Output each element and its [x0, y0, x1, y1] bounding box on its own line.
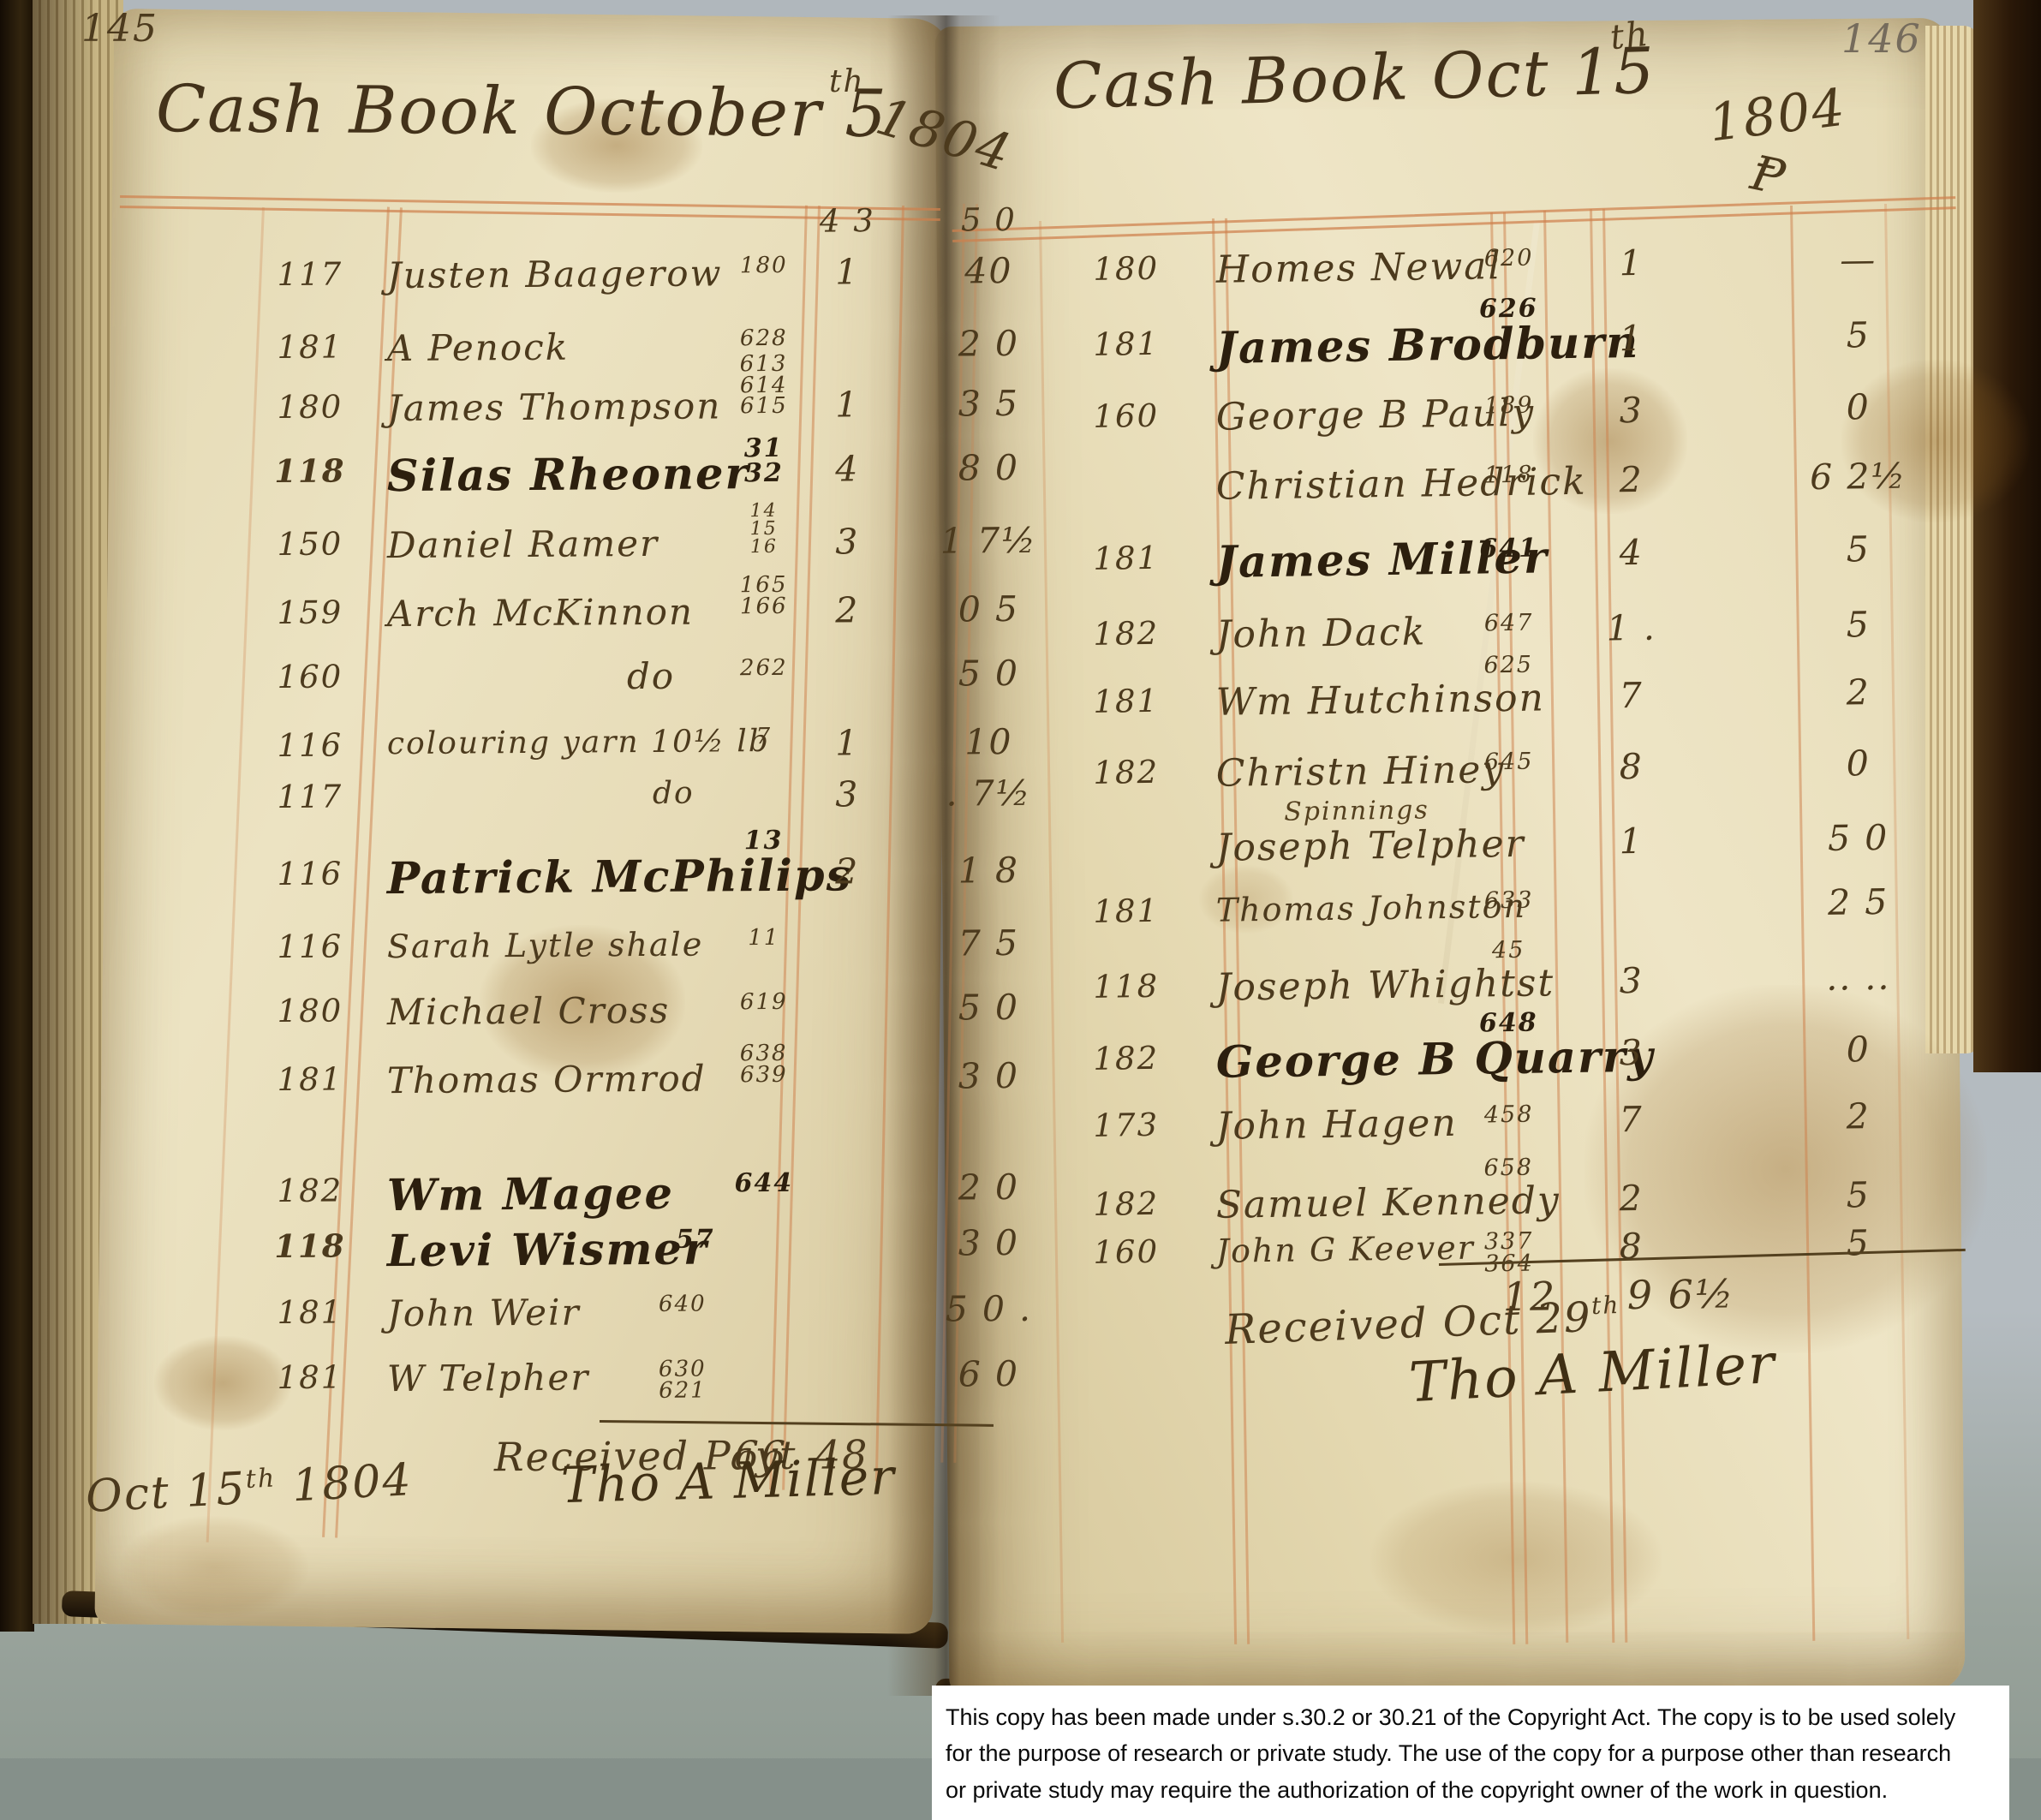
ledger-row: 150 Daniel Ramer 14 15 16 3 1 7½ [104, 524, 942, 594]
folio-number: 118 [1465, 463, 1551, 486]
folio-number: 633 [1465, 889, 1551, 912]
account-ref: 117 [246, 258, 374, 290]
account-ref: 182 [246, 1174, 374, 1207]
page-number-left: 145 [81, 10, 158, 48]
folio-number: 613 614 615 [720, 354, 807, 418]
account-name: Samuel Kennedy [1216, 1182, 1561, 1225]
amount-col1: 7 [1579, 1101, 1683, 1138]
amount-col2: 6 0 [897, 1356, 1081, 1393]
amount-col1: 1 [1579, 320, 1683, 357]
right-title-superscript: th [1608, 17, 1651, 56]
account-name: Joseph Telpher [1216, 826, 1525, 868]
account-name: do [627, 659, 675, 695]
account-ref: 180 [246, 994, 374, 1027]
amount-col2: 0 [1755, 745, 1961, 783]
received-superscript: th [1590, 1291, 1620, 1320]
folio-number: 658 [1465, 1156, 1551, 1179]
account-ref: 182 [1062, 617, 1191, 650]
account-ref: 160 [246, 660, 374, 693]
amount-col2: 6 2½ [1755, 458, 1961, 496]
photographed-cash-book-scan: 145 146 Cash Book October 5 th 1804 4 3 … [0, 0, 2041, 1820]
account-name: Michael Cross [387, 993, 671, 1030]
account-ref: 117 [246, 780, 374, 813]
ledger-row: 180 James Thompson 613 614 615 1 3 5 [104, 387, 942, 456]
amount-col1: 1 . [1579, 610, 1683, 647]
account-name: Sarah Lytle shale [387, 928, 704, 964]
ledger-row: 159 Arch McKinnon 165 166 2 0 5 [104, 593, 942, 662]
account-ref: 180 [246, 391, 374, 423]
account-ref: 181 [246, 1296, 374, 1328]
folio-number: 641 [1465, 536, 1551, 562]
page-number-right: 146 [1841, 19, 1922, 58]
account-name: Patrick McPhilips [387, 854, 853, 901]
folio-number: 458 [1465, 1103, 1551, 1126]
amount-col1 [803, 657, 892, 658]
amount-col2: 2 [1755, 674, 1961, 712]
folio-number: 638 639 [721, 1043, 807, 1086]
account-ref: 182 [1062, 1041, 1191, 1075]
account-ref: 182 [1062, 1187, 1191, 1220]
account-ref: 150 [246, 528, 374, 560]
account-name: Joseph Whightst [1216, 964, 1555, 1007]
folio-number: 165 166 [721, 575, 807, 618]
account-ref: 118 [246, 1230, 374, 1262]
folio-number: 45 [1465, 939, 1551, 962]
account-name: Wm Magee [387, 1173, 674, 1218]
account-name: colouring yarn 10½ lb [387, 726, 770, 760]
account-ref: 181 [1062, 327, 1191, 361]
folio-number: 645 [1465, 750, 1551, 773]
page-stain [120, 1516, 308, 1619]
amount-col1 [803, 1059, 892, 1060]
amount-col1: 3 [1579, 963, 1683, 1000]
amount-col1: 1 [1579, 823, 1683, 860]
ledger-row: 116 Sarah Lytle shale 11 7 5 [104, 927, 942, 996]
folio-number: 180 [721, 255, 807, 277]
amount-col2: 5 [1755, 606, 1961, 644]
folio-number: 13 [721, 829, 807, 854]
amount-col2: — [1755, 242, 1961, 279]
amount-col2: 0 [1755, 1031, 1961, 1069]
amount-col2: 5 [1755, 531, 1961, 569]
left-page-title: Cash Book October 5 [156, 76, 888, 146]
account-name: Arch McKinnon [387, 594, 694, 632]
right-title-year: 1804 [1706, 81, 1849, 149]
amount-col1: 3 [803, 777, 892, 813]
amount-col2: 5 0 [1755, 820, 1961, 857]
amount-col1 [803, 1171, 892, 1172]
footer-date-year: 1804 [291, 1454, 414, 1512]
account-ref: 181 [246, 1361, 374, 1393]
folio-number: 262 [721, 658, 807, 679]
folio-number: 619 [721, 992, 807, 1013]
carry-col1: 4 3 [803, 205, 892, 237]
ledger-row: 117 Justen Baagerow 180 1 40 [104, 254, 942, 324]
folio-number: 189 [1465, 394, 1551, 417]
footer-date-superscript: th [245, 1463, 277, 1495]
folio-number: 625 [1465, 653, 1551, 677]
folio-number: 14 15 16 [721, 503, 807, 557]
folio-number: 11 [721, 928, 807, 949]
account-ref: 173 [1062, 1108, 1191, 1142]
amount-col1: 4 [1579, 534, 1683, 571]
account-ref: 116 [246, 729, 374, 761]
folio-number [721, 778, 807, 779]
account-name: Silas Rheoner [387, 452, 750, 498]
folio-number: 620 [1465, 247, 1551, 270]
folio-number: 644 [721, 1172, 807, 1196]
ledger-row: 118 Silas Rheoner 31 32 4 8 0 [104, 451, 942, 521]
right-page-title: Cash Book Oct 15 [1053, 39, 1656, 118]
account-ref: 159 [246, 596, 374, 629]
account-name: James Brodburn [1216, 321, 1640, 371]
amount-col1: 7 [1579, 677, 1683, 714]
footer-date-text: Oct 15 [85, 1463, 248, 1523]
folio-number: 640 [640, 1293, 725, 1315]
amount-col1: 1 [803, 254, 892, 290]
amount-col1: 3 [1579, 392, 1683, 429]
account-name: Thomas Ormrod [387, 1061, 707, 1100]
account-ref: 181 [246, 1063, 374, 1095]
account-ref: 116 [246, 930, 374, 963]
amount-col1: 2 [1579, 462, 1683, 498]
account-name: do [653, 779, 695, 809]
account-name: John G Keever [1216, 1232, 1476, 1268]
amount-col1: 3 [803, 524, 892, 560]
folio-number: 628 [721, 328, 807, 349]
ledger-row: 180 Michael Cross 619 5 0 [104, 991, 942, 1060]
account-name: John Hagen [1216, 1105, 1459, 1146]
account-ref: 118 [1062, 970, 1191, 1003]
account-ref: 181 [1062, 894, 1191, 928]
amount-col1: 4 [803, 451, 892, 487]
account-ref: 181 [1062, 684, 1191, 718]
account-name: John Dack [1216, 613, 1427, 653]
account-ref: 180 [1062, 252, 1191, 285]
folio-number: 626 [1465, 296, 1551, 322]
amount-col2: 2 [1755, 1098, 1961, 1136]
amount-col1: 1 [803, 725, 892, 761]
account-ref: 116 [246, 857, 374, 890]
carry-col2: 5 0 [897, 203, 1081, 236]
account-name: Justen Baagerow [387, 255, 723, 294]
account-name: John Weir [387, 1295, 581, 1333]
amount-col2: 5 [1755, 317, 1961, 355]
amount-col1 [803, 927, 892, 928]
folio-number: 337 364 [1465, 1230, 1552, 1275]
account-name: A Penock [387, 330, 570, 367]
account-name: Christn Hiney [1216, 751, 1506, 793]
amount-col1: 2 [803, 593, 892, 629]
folio-number: 31 32 [721, 437, 807, 486]
copyright-notice: This copy has been made under s.30.2 or … [932, 1686, 2009, 1820]
amount-col1: 8 [1579, 749, 1683, 785]
account-ref: 182 [1062, 755, 1191, 789]
folio-number: 57 [653, 1227, 738, 1252]
copyright-line-3: or private study may require the authori… [946, 1772, 1996, 1808]
ledger-row: 181 W Telpher 630 621 6 0 [104, 1358, 942, 1427]
amount-col1 [803, 991, 892, 992]
amount-col1 [803, 1358, 892, 1358]
account-ref: 160 [1062, 1235, 1191, 1268]
amount-col2: 2 5 [1755, 884, 1961, 922]
account-ref: 181 [1062, 541, 1191, 575]
folio-number: 648 [1465, 1011, 1551, 1036]
amount-col2: 5 [1755, 1225, 1961, 1262]
amount-col1: 1 [803, 387, 892, 423]
copyright-line-2: for the purpose of research or private s… [946, 1735, 1996, 1771]
account-name: Wm Hutchinson [1216, 679, 1546, 721]
ledger-row: 117 do 3 . 7½ [104, 777, 942, 846]
amount-col1 [803, 1292, 892, 1293]
ledger-row: 181 John Weir 640 5 0 . [104, 1292, 942, 1362]
account-name: Daniel Ramer [387, 526, 659, 564]
amount-col1 [803, 1226, 892, 1227]
ledger-row: 160 do 262 5 0 [104, 657, 942, 726]
account-ref: 181 [246, 331, 374, 363]
account-name: W Telpher [387, 1359, 590, 1397]
amount-col1: 1 [1579, 245, 1683, 282]
account-name: James Thompson [387, 388, 722, 427]
amount-col1 [803, 327, 892, 328]
amount-col1: 3 [1579, 1035, 1683, 1071]
amount-col1: 2 [803, 854, 892, 890]
book-right-cover-edge [1973, 0, 2041, 1072]
folio-number: 647 [1465, 612, 1551, 635]
amount-col2: 0 [1755, 389, 1961, 427]
ledger-row: 181 Thomas Ormrod 638 639 3 0 [104, 1059, 942, 1129]
ledger-row: 118 Levi Wismer 57 3 0 [104, 1226, 942, 1296]
left-signature: Tho A Miller [560, 1452, 896, 1510]
book-left-cover-edge [0, 0, 34, 1632]
total-col2: 9 6½ [1626, 1274, 1734, 1315]
amount-col2: .. .. [1755, 959, 1961, 997]
copyright-line-1: This copy has been made under s.30.2 or … [946, 1699, 1996, 1735]
folio-number: 7 [721, 726, 807, 748]
folio-number: 630 621 [640, 1358, 725, 1401]
left-title-superscript: th [829, 67, 865, 98]
account-ref: 118 [246, 455, 374, 487]
amount-col2: 5 [1755, 1177, 1961, 1214]
amount-col1: 2 [1579, 1180, 1683, 1217]
ledger-row: 116 Patrick McPhilips 13 2 1 8 [104, 854, 942, 923]
account-ref: 160 [1062, 399, 1191, 433]
row-annotation: Spinnings [1284, 797, 1429, 825]
account-name: Homes Newal [1216, 248, 1502, 289]
